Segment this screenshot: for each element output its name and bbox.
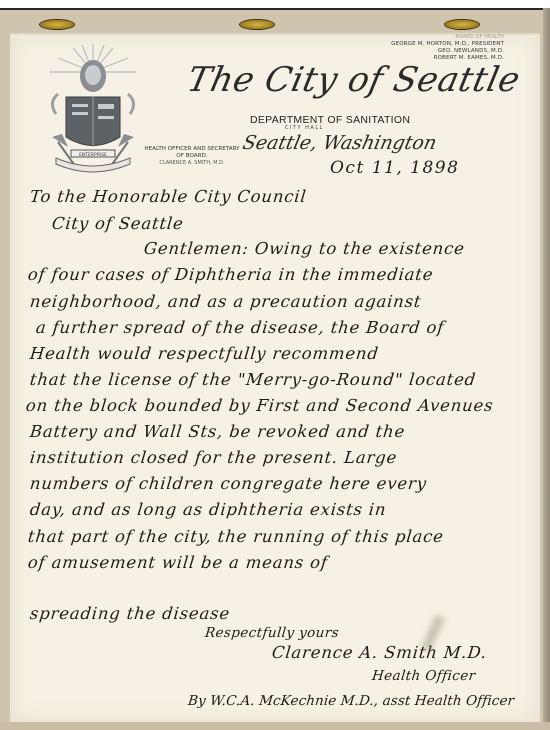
binder-clip-right	[445, 20, 479, 29]
city-seal-crest-icon: ENTERPRISE	[38, 42, 148, 182]
body-line: on the block bounded by First and Second…	[25, 396, 494, 415]
body-line: institution closed for the present. Larg…	[29, 448, 398, 467]
binder-edge	[543, 8, 550, 730]
department-name: DEPARTMENT OF SANITATION	[250, 114, 410, 126]
board-title: BOARD OF HEALTH	[391, 34, 504, 41]
binder-clip-center	[240, 20, 274, 29]
binder-clip-left	[40, 20, 74, 29]
body-line: of amusement will be a means of	[27, 553, 329, 572]
officer-name: CLARENCE A. SMITH, M.D.	[140, 160, 244, 167]
letterhead-location: Seattle, Washington	[241, 132, 439, 154]
svg-text:ENTERPRISE: ENTERPRISE	[79, 152, 107, 158]
body-line: Health would respectfully recommend	[29, 344, 380, 363]
binder-bottom	[0, 722, 550, 730]
board-member: GEORGE M. HORTON, M.D., PRESIDENT	[391, 41, 504, 48]
closing: Respectfully yours	[204, 625, 340, 641]
addressee-city: City of Seattle	[51, 214, 185, 233]
body-line: spreading the disease	[29, 604, 231, 623]
signature-title: Health Officer	[371, 668, 476, 684]
body-line: neighborhood, and as a precaution agains…	[29, 292, 422, 311]
body-line: of four cases of Diphtheria in the immed…	[27, 265, 434, 284]
body-line: Gentlemen: Owing to the existence	[143, 239, 466, 258]
body-line: that the license of the "Merry-go-Round"…	[29, 370, 477, 389]
signature: Clarence A. Smith M.D.	[271, 643, 488, 662]
letter-date: Oct 11, 1898	[330, 158, 459, 178]
body-line: that part of the city, the running of th…	[27, 527, 445, 546]
countersignature: By W.C.A. McKechnie M.D., asst Health Of…	[187, 693, 515, 709]
board-of-health-list: BOARD OF HEALTH GEORGE M. HORTON, M.D., …	[391, 34, 504, 62]
body-line: Battery and Wall Sts, be revoked and the	[29, 422, 406, 441]
body-line: day, and as long as diphtheria exists in	[29, 500, 387, 519]
body-line: numbers of children congregate here ever…	[29, 474, 428, 493]
health-officer-block: HEALTH OFFICER AND SECRETARY OF BOARD. C…	[140, 146, 244, 167]
letterhead-city-title: The City of Seattle	[184, 60, 524, 100]
officer-title: HEALTH OFFICER AND SECRETARY	[140, 146, 244, 153]
addressee-line: To the Honorable City Council	[29, 187, 308, 206]
city-hall-label: CITY HALL	[285, 125, 324, 131]
body-line: a further spread of the disease, the Boa…	[35, 318, 445, 337]
board-member: GEO. NEWLANDS, M.D.	[391, 48, 504, 55]
officer-title-cont: OF BOARD.	[140, 153, 244, 160]
